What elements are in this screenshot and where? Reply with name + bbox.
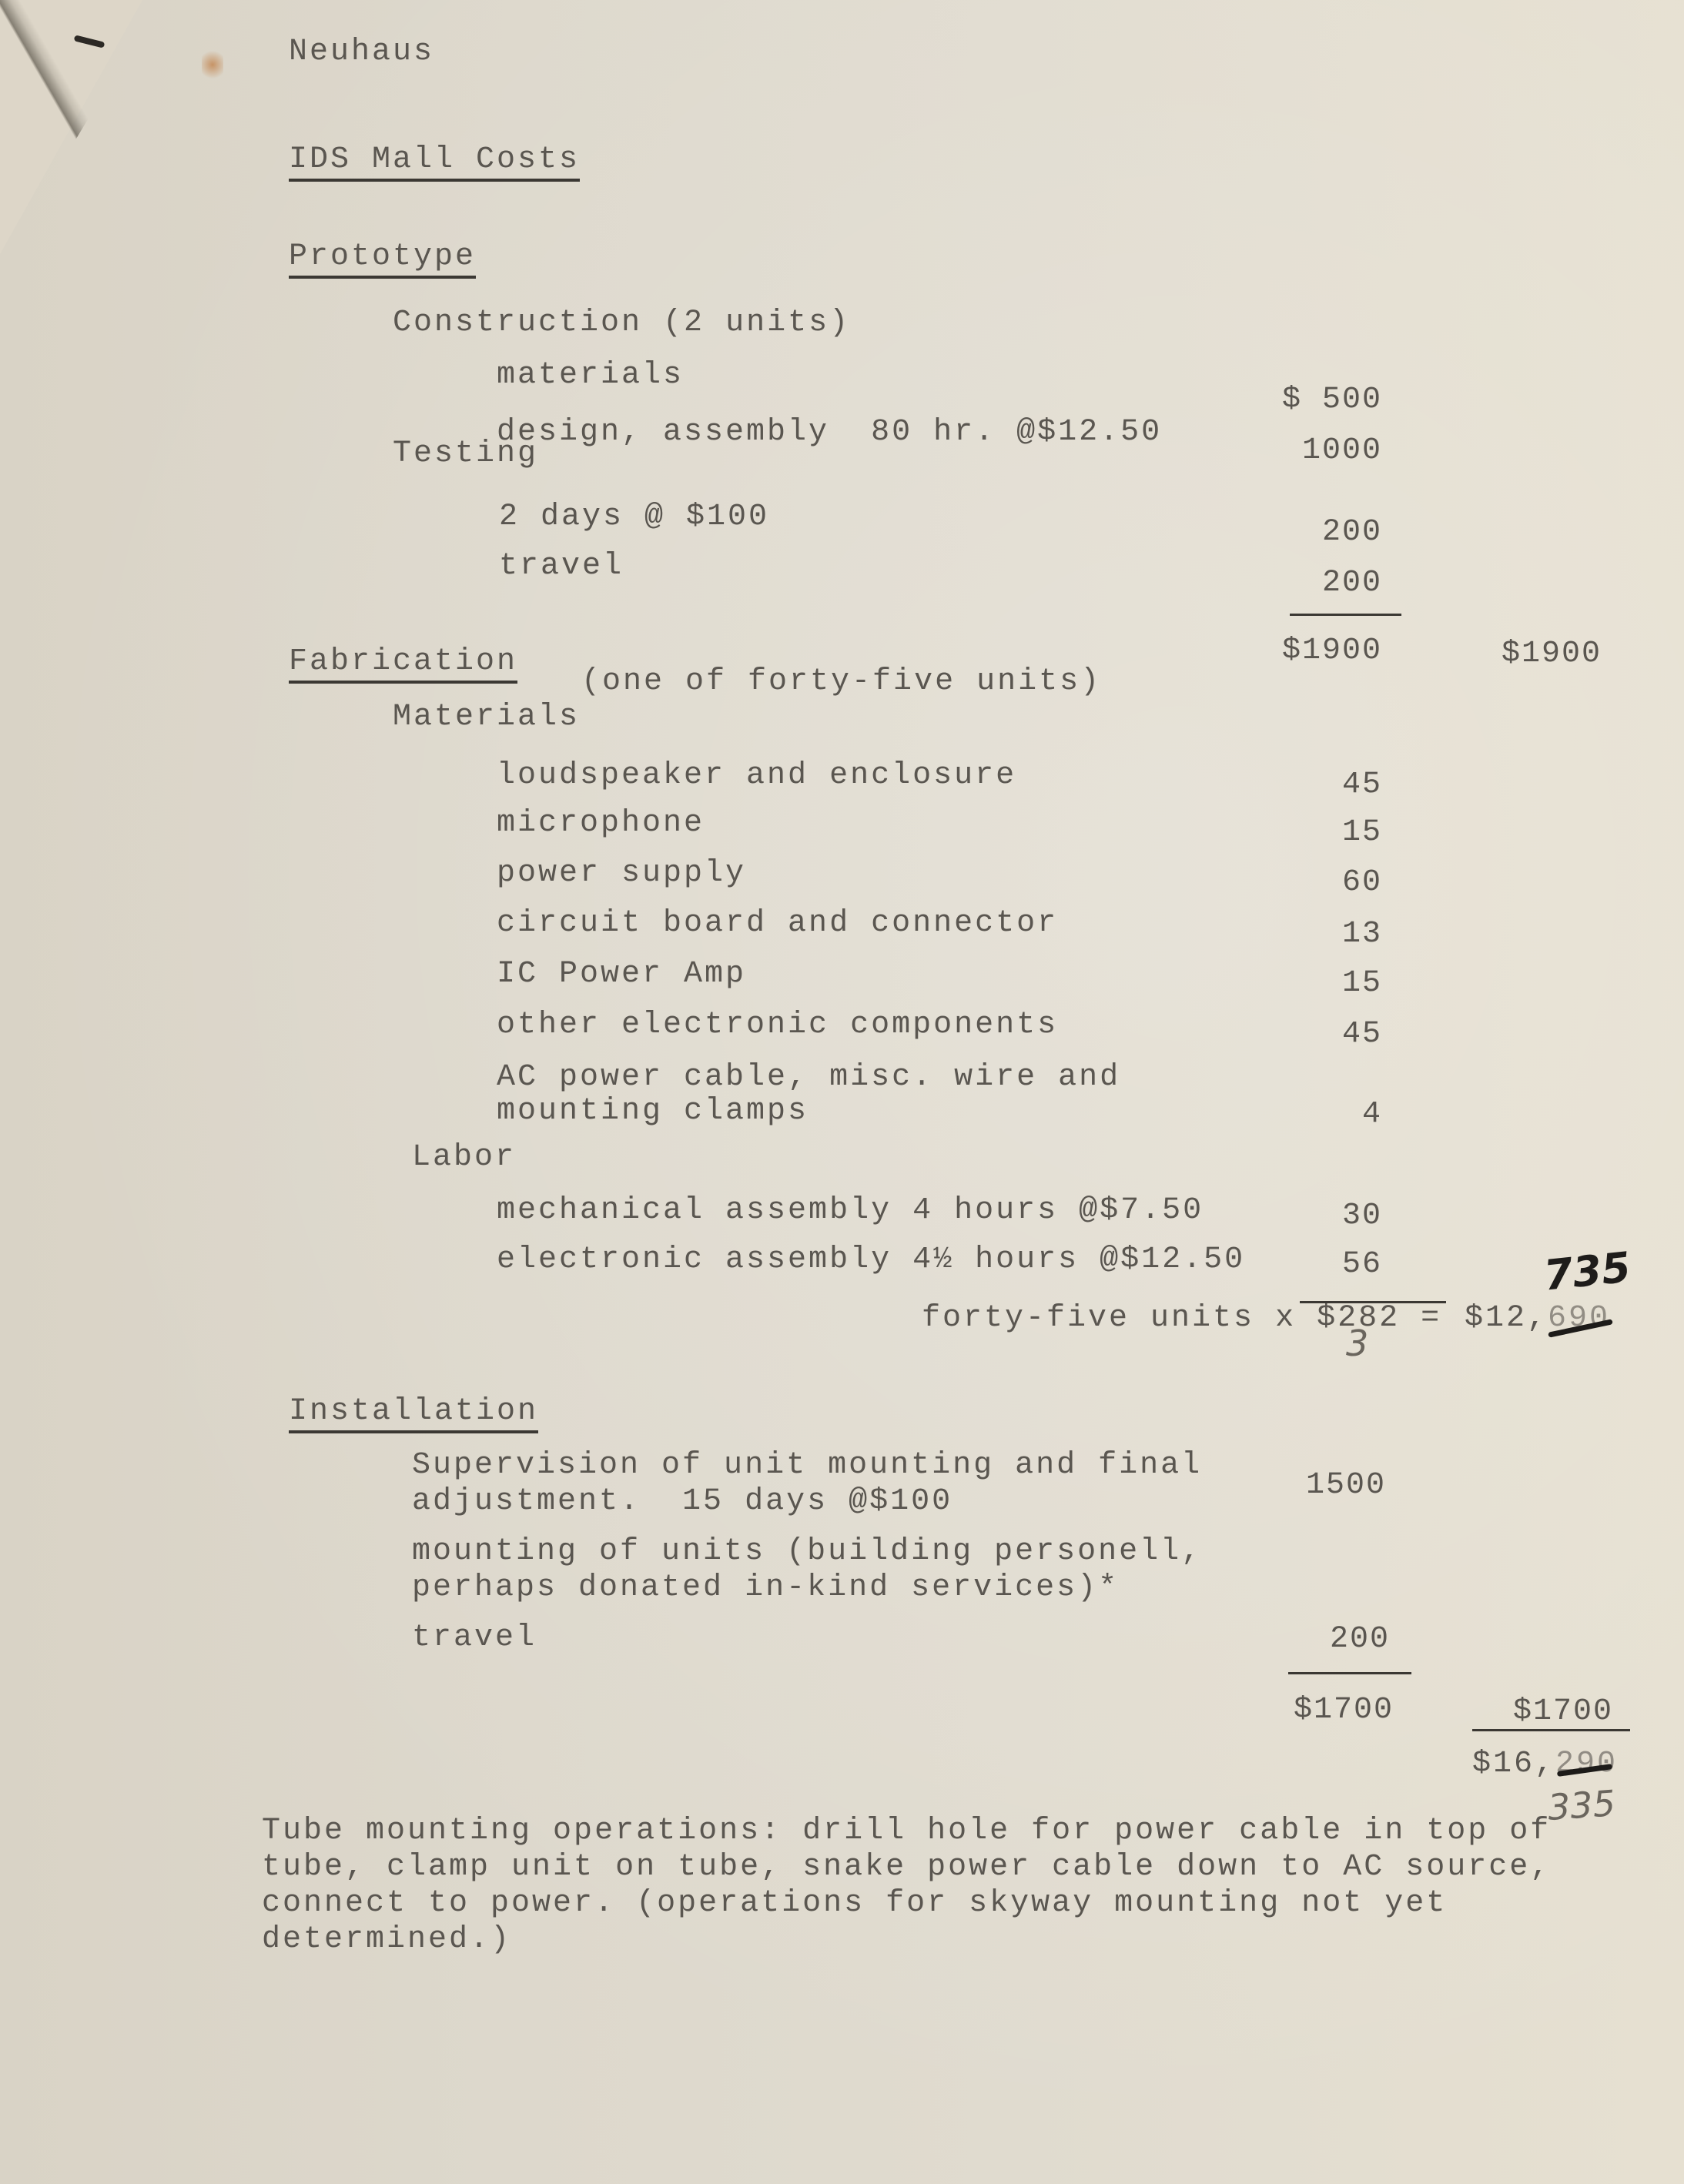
footnote: Tube mounting operations: drill hole for… <box>262 1813 1586 1958</box>
document-title: IDS Mall Costs <box>289 145 580 182</box>
installation-travel-label: travel <box>412 1623 537 1654</box>
list-item-value: 15 <box>1232 968 1382 999</box>
fabrication-total-typed: $12,690 <box>1465 1303 1610 1334</box>
installation-subtotal: $1700 <box>1232 1695 1394 1726</box>
list-item: loudspeaker and enclosure <box>497 761 1016 791</box>
testing-days-label: 2 days @ $100 <box>499 502 769 533</box>
section-heading-fabrication: Fabrication <box>289 647 517 684</box>
prototype-column-total: $1900 <box>1448 639 1602 670</box>
installation-travel-value: 200 <box>1232 1624 1390 1655</box>
list-item: other electronic components <box>497 1010 1058 1041</box>
supervision-label: Supervision of unit mounting and final a… <box>412 1447 1202 1520</box>
list-item: microphone <box>497 808 705 839</box>
prototype-materials-value: $ 500 <box>1201 385 1382 416</box>
list-item: electronic assembly 4½ hours @$12.50 <box>497 1245 1245 1276</box>
subtotal-rule <box>1288 1672 1411 1674</box>
list-item-value: 45 <box>1232 1019 1382 1050</box>
list-item-value: 4 <box>1232 1099 1382 1130</box>
prototype-subtotal: $1900 <box>1201 636 1382 667</box>
fabrication-note: (one of forty-five units) <box>581 667 1101 697</box>
list-item-value: 13 <box>1232 919 1382 950</box>
materials-heading: Materials <box>393 702 580 733</box>
prototype-materials-label: materials <box>497 360 684 391</box>
list-item: circuit board and connector <box>497 908 1058 939</box>
labor-heading: Labor <box>412 1142 516 1173</box>
construction-label: Construction (2 units) <box>393 308 850 339</box>
list-item-value: 15 <box>1232 818 1382 848</box>
prototype-travel-label: travel <box>499 551 624 582</box>
list-item-value: 45 <box>1232 770 1382 801</box>
handwritten-unit-correction: 3 <box>1346 1326 1368 1361</box>
grand-total-typed: $16,290 <box>1472 1749 1618 1780</box>
list-item: power supply <box>497 858 746 889</box>
list-item-value: 30 <box>1232 1201 1382 1232</box>
supervision-value: 1500 <box>1232 1470 1386 1501</box>
handwritten-fabrication-total: 735 <box>1542 1246 1632 1296</box>
list-item: AC power cable, misc. wire and mounting … <box>497 1061 1120 1129</box>
testing-label: Testing <box>393 439 538 470</box>
design-assembly-label: design, assembly 80 hr. @$12.50 <box>497 417 1162 448</box>
design-assembly-value: 1000 <box>1201 436 1382 467</box>
testing-days-value: 200 <box>1201 517 1382 548</box>
author-name: Neuhaus <box>289 37 434 68</box>
list-item-value: 60 <box>1232 868 1382 898</box>
mounting-label: mounting of units (building personell, p… <box>412 1533 1202 1606</box>
installation-column-total: $1700 <box>1478 1697 1613 1727</box>
grand-total-rule <box>1472 1729 1630 1731</box>
list-item-value: 56 <box>1232 1249 1382 1280</box>
section-heading-prototype: Prototype <box>289 242 476 279</box>
rust-stain <box>202 48 223 82</box>
list-item: mechanical assembly 4 hours @$7.50 <box>497 1196 1204 1226</box>
subtotal-rule <box>1290 614 1401 616</box>
section-heading-installation: Installation <box>289 1396 538 1433</box>
prototype-travel-value: 200 <box>1201 568 1382 599</box>
list-item: IC Power Amp <box>497 959 746 990</box>
